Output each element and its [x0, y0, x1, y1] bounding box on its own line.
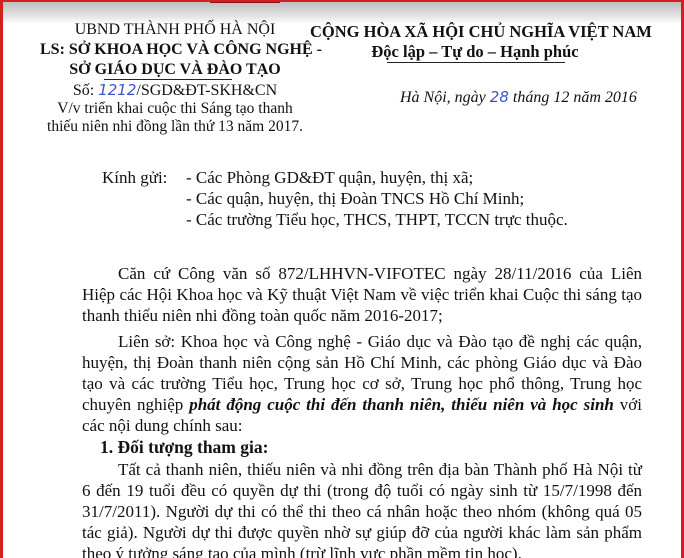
recipient-item: - Các trường Tiểu học, THCS, THPT, TCCN …	[186, 210, 568, 230]
request-emphasis: phát động cuộc thi đến thanh niên, thiếu…	[189, 395, 614, 414]
motto: Độc lập – Tự do – Hạnh phúc	[310, 42, 640, 62]
date-prefix: Hà Nội, ngày	[400, 89, 490, 106]
document-page: UBND THÀNH PHỐ HÀ NỘI LS: SỞ KHOA HỌC VÀ…	[0, 0, 684, 558]
date-line: Hà Nội, ngày 28 tháng 12 năm 2016	[400, 88, 637, 107]
handwritten-number: 1212	[98, 81, 136, 99]
paragraph-legal-basis: Căn cứ Công văn số 872/LHHVN-VIFOTEC ngà…	[82, 263, 642, 326]
recipient-item: - Các Phòng GD&ĐT quận, huyện, thị xã;	[186, 168, 473, 188]
number-suffix: /SGD&ĐT-SKH&CN	[136, 82, 277, 99]
number-prefix: Số:	[73, 82, 98, 99]
paragraph-request: Liên sở: Khoa học và Công nghệ - Giáo dụ…	[82, 331, 642, 436]
handwritten-day: 28	[490, 88, 509, 106]
authority-line-2: LS: SỞ KHOA HỌC VÀ CÔNG NGHỆ -	[40, 40, 310, 60]
document-number: Số: 1212/SGD&ĐT-SKH&CN	[40, 81, 310, 100]
recipient-item: - Các quận, huyện, thị Đoàn TNCS Hồ Chí …	[186, 189, 524, 209]
date-suffix: tháng 12 năm 2016	[509, 89, 637, 106]
subject-line: V/v triển khai cuộc thi Sáng tạo thanh t…	[40, 100, 310, 136]
authority-line-3: SỞ GIÁO DỤC VÀ ĐÀO TẠO	[40, 60, 310, 80]
country-name: CỘNG HÒA XÃ HỘI CHỦ NGHĨA VIỆT NAM	[310, 22, 640, 42]
motto-underline	[387, 62, 565, 63]
issuing-authority: UBND THÀNH PHỐ HÀ NỘI LS: SỞ KHOA HỌC VÀ…	[40, 20, 310, 80]
section-1-heading: 1. Đối tượng tham gia:	[100, 437, 268, 458]
national-motto: CỘNG HÒA XÃ HỘI CHỦ NGHĨA VIỆT NAM Độc l…	[310, 22, 640, 62]
authority-line-1: UBND THÀNH PHỐ HÀ NỘI	[40, 20, 310, 40]
section-1-text: Tất cả thanh niên, thiếu niên và nhi đồn…	[82, 459, 642, 558]
recipients-label: Kính gửi:	[102, 168, 167, 188]
authority-underline	[104, 79, 232, 80]
